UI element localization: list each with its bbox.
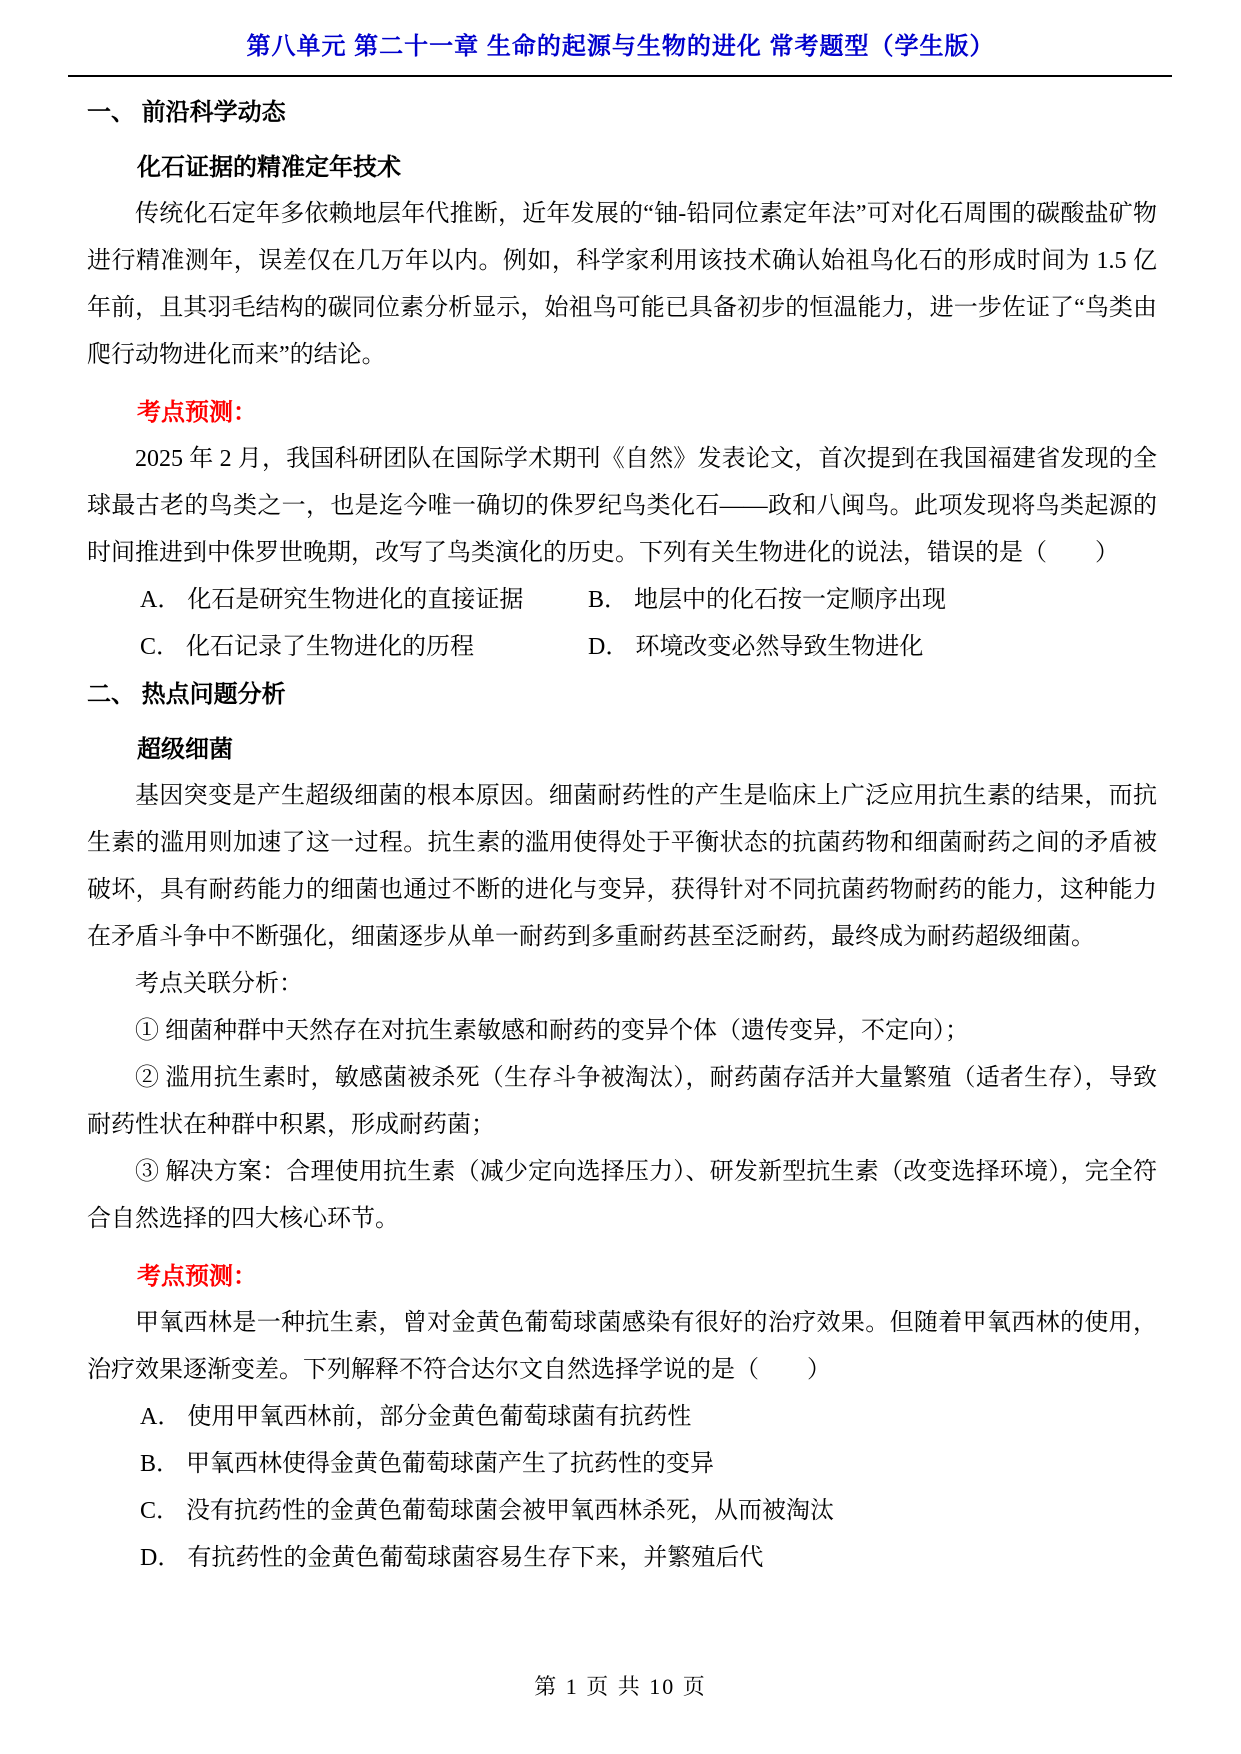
- option-text: 化石是研究生物进化的直接证据: [187, 587, 523, 613]
- analysis-label: 考点关联分析：: [87, 961, 1157, 1008]
- option-text: 化石记录了生物进化的历程: [186, 634, 474, 660]
- question1-option-a: A．化石是研究生物进化的直接证据: [140, 577, 588, 624]
- section1-subheading: 化石证据的精准定年技术: [87, 144, 1157, 191]
- section2-subheading: 超级细菌: [87, 726, 1157, 773]
- question1-option-c: C．化石记录了生物进化的历程: [140, 624, 588, 671]
- option-text: 没有抗药性的金黄色葡萄球菌会被甲氧西林杀死，从而被淘汰: [186, 1498, 834, 1524]
- option-text: 使用甲氧西林前，部分金黄色葡萄球菌有抗药性: [187, 1404, 691, 1430]
- option-text: 环境改变必然导致生物进化: [635, 634, 923, 660]
- question2-stem: 甲氧西林是一种抗生素，曾对金黄色葡萄球菌感染有很好的治疗效果。但随着甲氧西林的使…: [87, 1300, 1157, 1394]
- option-text: 地层中的化石按一定顺序出现: [634, 587, 946, 613]
- question2-options: A．使用甲氧西林前，部分金黄色葡萄球菌有抗药性 B．甲氧西林使得金黄色葡萄球菌产…: [87, 1394, 1157, 1582]
- question2-option-b: B．甲氧西林使得金黄色葡萄球菌产生了抗药性的变异: [140, 1441, 1157, 1488]
- question2-option-a: A．使用甲氧西林前，部分金黄色葡萄球菌有抗药性: [140, 1394, 1157, 1441]
- section2-paragraph: 基因突变是产生超级细菌的根本原因。细菌耐药性的产生是临床上广泛应用抗生素的结果，…: [87, 773, 1157, 961]
- option-label: C．: [140, 634, 180, 660]
- question1-options: A．化石是研究生物进化的直接证据 B．地层中的化石按一定顺序出现 C．化石记录了…: [140, 577, 1157, 671]
- question2-option-c: C．没有抗药性的金黄色葡萄球菌会被甲氧西林杀死，从而被淘汰: [140, 1488, 1157, 1535]
- option-text: 甲氧西林使得金黄色葡萄球菌产生了抗药性的变异: [186, 1451, 714, 1477]
- analysis-point-3: ③ 解决方案：合理使用抗生素（减少定向选择压力）、研发新型抗生素（改变选择环境）…: [87, 1149, 1157, 1243]
- analysis-point-1: ① 细菌种群中天然存在对抗生素敏感和耐药的变异个体（遗传变异，不定向）；: [87, 1008, 1157, 1055]
- option-text: 有抗药性的金黄色葡萄球菌容易生存下来，并繁殖后代: [187, 1545, 763, 1571]
- question1-option-d: D．环境改变必然导致生物进化: [588, 624, 1157, 671]
- section2-heading: 二、 热点问题分析: [87, 671, 1157, 718]
- option-label: B．: [588, 587, 628, 613]
- question2-option-d: D．有抗药性的金黄色葡萄球菌容易生存下来，并繁殖后代: [140, 1535, 1157, 1582]
- predict-label-1: 考点预测：: [87, 389, 1157, 436]
- section1-heading: 一、 前沿科学动态: [87, 89, 1157, 136]
- page-footer: 第 1 页 共 10 页: [0, 1672, 1241, 1702]
- document-page: 第八单元 第二十一章 生命的起源与生物的进化 常考题型（学生版） 一、 前沿科学…: [0, 0, 1241, 1754]
- predict-label-2: 考点预测：: [87, 1253, 1157, 1300]
- option-label: A．: [140, 1404, 181, 1430]
- option-label: D．: [588, 634, 629, 660]
- option-label: C．: [140, 1498, 180, 1524]
- question1-stem: 2025 年 2 月，我国科研团队在国际学术期刊《自然》发表论文，首次提到在我国…: [87, 436, 1157, 577]
- question1-option-b: B．地层中的化石按一定顺序出现: [588, 577, 1157, 624]
- option-label: B．: [140, 1451, 180, 1477]
- option-label: A．: [140, 587, 181, 613]
- document-body: 一、 前沿科学动态 化石证据的精准定年技术 传统化石定年多依赖地层年代推断，近年…: [87, 77, 1157, 1582]
- page-title: 第八单元 第二十一章 生命的起源与生物的进化 常考题型（学生版）: [0, 0, 1241, 62]
- section1-paragraph: 传统化石定年多依赖地层年代推断，近年发展的“铀-铅同位素定年法”可对化石周围的碳…: [87, 191, 1157, 379]
- option-label: D．: [140, 1545, 181, 1571]
- analysis-point-2: ② 滥用抗生素时，敏感菌被杀死（生存斗争被淘汰），耐药菌存活并大量繁殖（适者生存…: [87, 1055, 1157, 1149]
